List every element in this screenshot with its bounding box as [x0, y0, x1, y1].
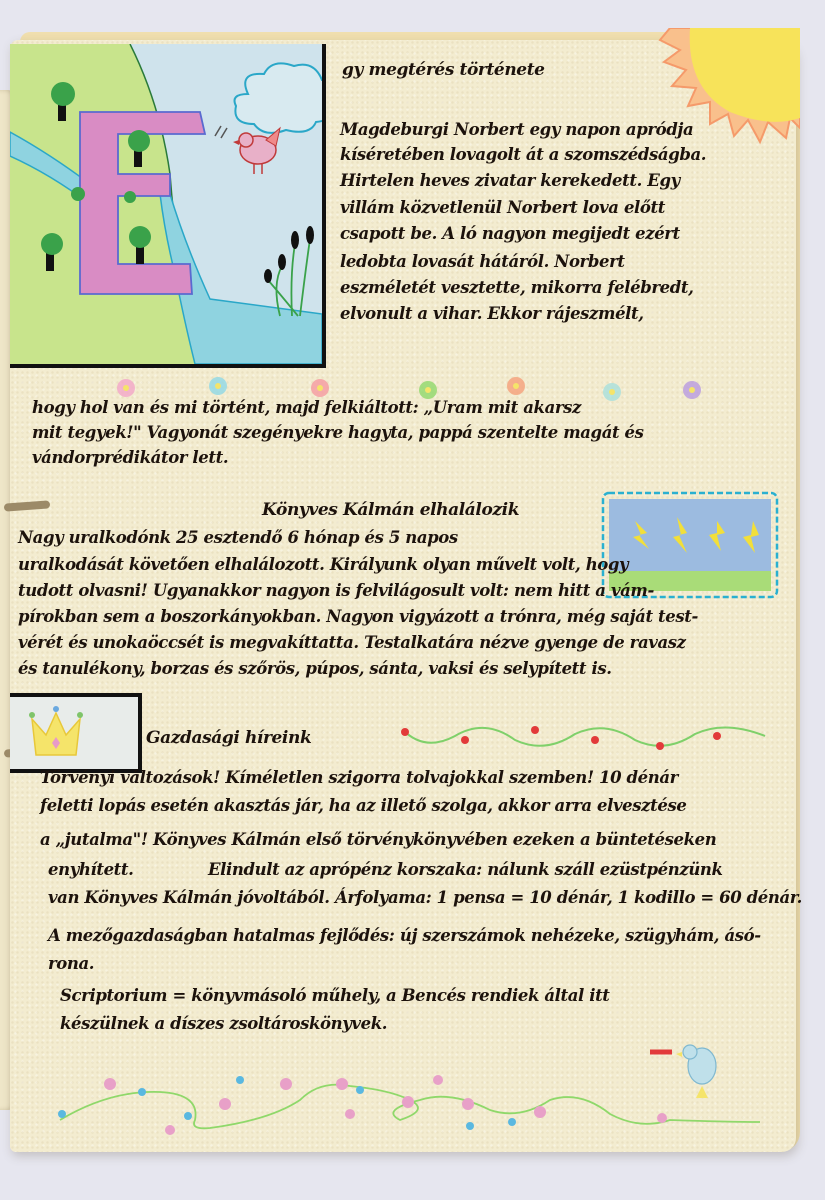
- death-line: vérét és unokaöccsét is megvakíttatta. T…: [18, 635, 686, 652]
- death-line: és tanulékony, borzas és szőrös, púpos, …: [18, 661, 612, 678]
- vine-decoration: [395, 720, 775, 760]
- story-line: csapott be. A ló nagyon megijedt ezért: [340, 226, 680, 243]
- death-line: Nagy uralkodónk 25 esztendő 6 hónap és 5…: [18, 530, 458, 547]
- economy-line: Elindult az aprópénz korszaka: nálunk sz…: [208, 862, 723, 879]
- economy-line: készülnek a díszes zsoltároskönyvek.: [60, 1016, 387, 1033]
- handwritten-page: gy megtérés története Magdeburgi Norbert…: [10, 40, 796, 1152]
- story-line: Magdeburgi Norbert egy napon apródja: [340, 122, 693, 139]
- economy-line: van Könyves Kálmán jóvoltából. Árfolyama…: [48, 890, 802, 907]
- death-line: pírokban sem a boszorkányokban. Nagyon v…: [18, 609, 698, 626]
- cattails-icon: [264, 226, 314, 316]
- story-line: vándorprédikátor lett.: [32, 450, 228, 467]
- economy-line: A mezőgazdaságban hatalmas fejlődés: új …: [48, 928, 761, 945]
- story-line: kíséretében lovagolt át a szomszédságba.: [340, 147, 706, 164]
- economy-title: Gazdasági híreink: [146, 730, 311, 747]
- story-line: Hirtelen heves zivatar kerekedett. Egy: [340, 173, 680, 190]
- story-line: ledobta lovasát hátáról. Norbert: [340, 254, 625, 271]
- death-line: uralkodását követően elhalálozott. Királ…: [18, 557, 628, 574]
- economy-line: feletti lopás esetén akasztás jár, ha az…: [40, 798, 686, 815]
- story-line: eszméletét vesztette, mikorra felébredt,: [340, 280, 693, 297]
- story-line: mit tegyek!" Vagyonát szegényekre hagyta…: [32, 425, 644, 442]
- economy-line: a „jutalma"! Könyves Kálmán első törvény…: [40, 832, 716, 849]
- economy-line: Törvényi változások! Kíméletlen szigorra…: [40, 770, 678, 787]
- illuminated-initial-e: [10, 44, 326, 368]
- story-line: hogy hol van és mi történt, majd felkiál…: [32, 400, 581, 417]
- economy-line: rona.: [48, 956, 94, 973]
- binding-string-top: [4, 500, 50, 511]
- crown-drawing: [10, 693, 142, 773]
- story-line: elvonult a vihar. Ekkor rájeszmélt,: [340, 306, 644, 323]
- economy-line: Scriptorium = könyvmásoló műhely, a Benc…: [60, 988, 610, 1005]
- story-line: villám közvetlenül Norbert lova előtt: [340, 200, 665, 217]
- death-title: Könyves Kálmán elhalálozik: [262, 502, 519, 519]
- economy-line: enyhített.: [48, 862, 133, 879]
- story-title: gy megtérés története: [342, 62, 545, 79]
- death-line: tudott olvasni! Ugyanakkor nagyon is fel…: [18, 583, 654, 600]
- flower-icon: [104, 1075, 667, 1135]
- bottom-vine-decoration: [50, 1070, 770, 1140]
